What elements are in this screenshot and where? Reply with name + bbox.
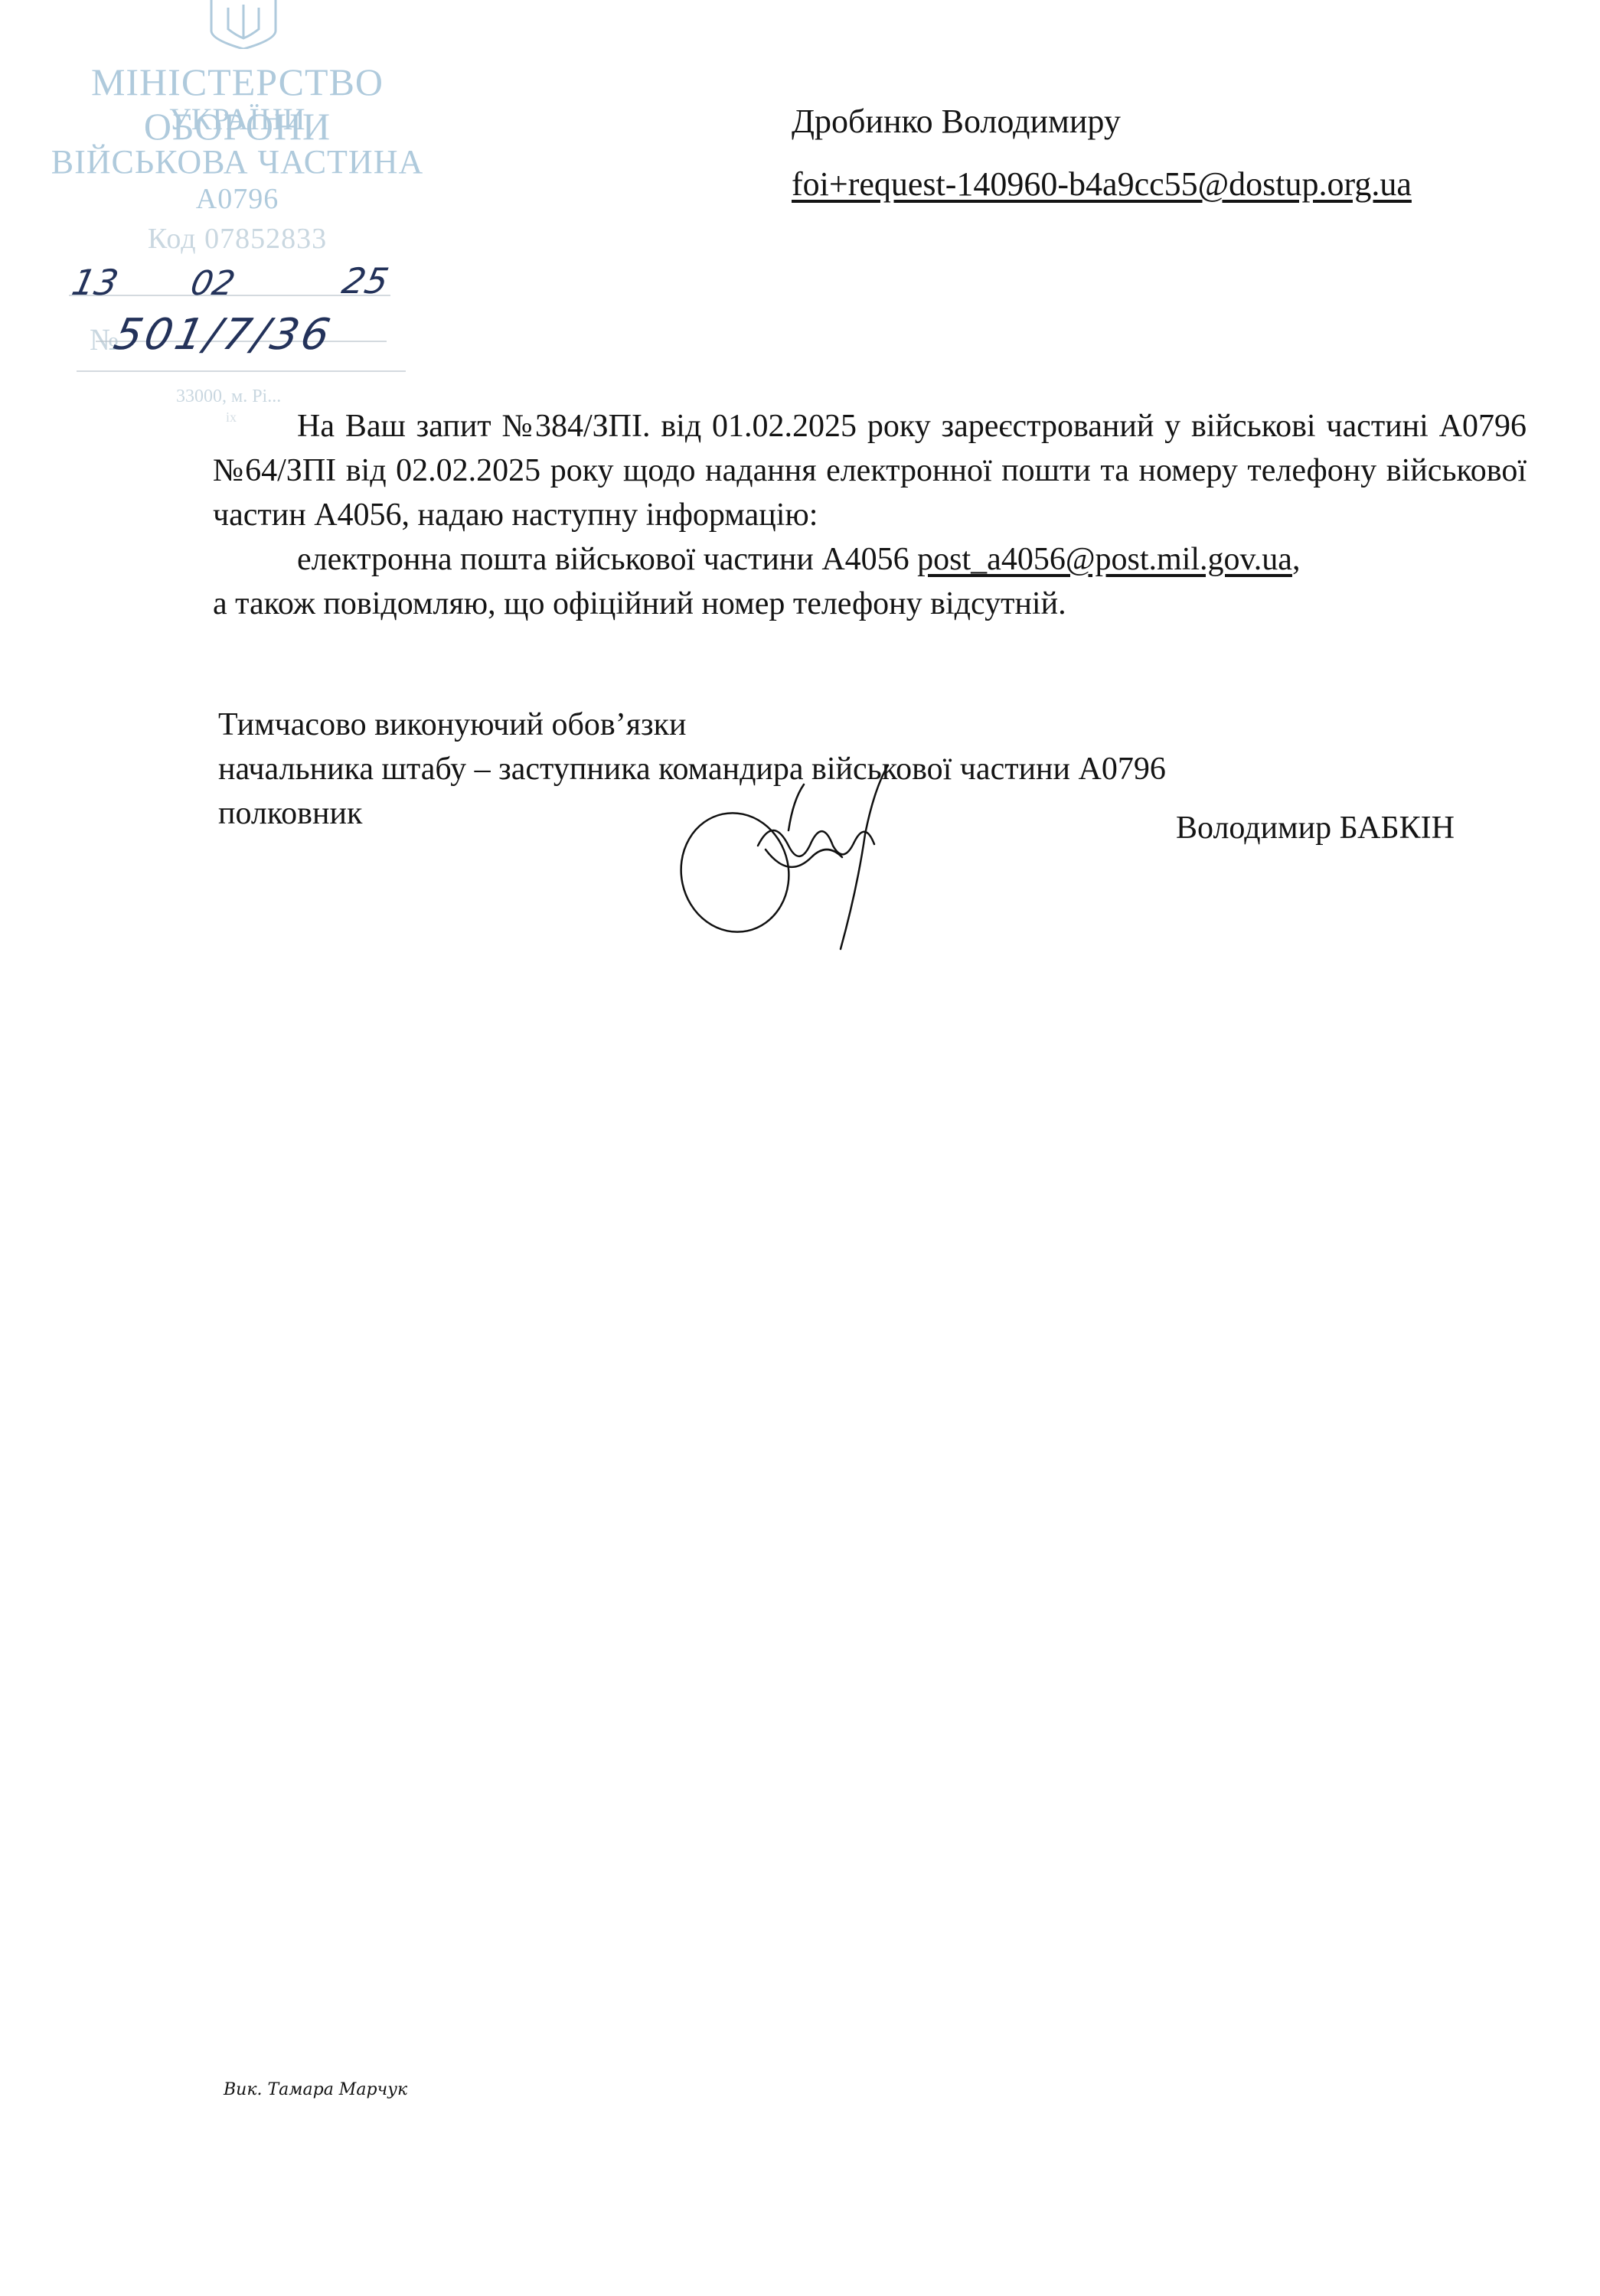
ukraine-trident-crest-icon: [205, 0, 282, 49]
handwritten-date-year: 25: [338, 260, 392, 302]
letterhead-line-unit-number: А0796: [23, 182, 452, 216]
email-suffix: ,: [1292, 542, 1301, 577]
handwritten-signature-icon: [674, 758, 949, 957]
handwritten-registration-number: 501/7/36: [109, 310, 337, 360]
signatory-title-line1: Тимчасово виконуючий обов’язки: [218, 703, 1166, 747]
body-paragraph-phone: а також повідомляю, що офіційний номер т…: [213, 582, 1527, 626]
email-intro-text: електронна пошта військової частини А405…: [297, 542, 917, 577]
signatory-name: Володимир БАБКІН: [1176, 810, 1455, 846]
addressee-name: Дробинко Володимиру: [792, 90, 1412, 153]
letter-body: На Ваш запит №384/ЗПІ. від 01.02.2025 ро…: [213, 404, 1527, 626]
unit-email-link[interactable]: post_a4056@post.mil.gov.ua: [917, 542, 1292, 577]
letterhead-stamp: МІНІСТЕРСТВО ОБОРОНИ УКРАЇНИ ВІЙСЬКОВА Ч…: [23, 0, 452, 429]
handwritten-date-month: 02: [188, 264, 239, 303]
letterhead-line-code: Код 07852833: [23, 222, 452, 256]
handwritten-date-day: 13: [68, 262, 122, 303]
executor-note: Вик. Тамара Марчук: [224, 2080, 407, 2099]
body-paragraph-email: електронна пошта військової частини А405…: [213, 537, 1527, 582]
address-rule: [77, 370, 406, 372]
letterhead-line-unit: ВІЙСЬКОВА ЧАСТИНА: [23, 142, 452, 181]
addressee-block: Дробинко Володимиру foi+request-140960-b…: [792, 90, 1412, 216]
letterhead-line-country: УКРАЇНИ: [23, 101, 452, 137]
body-paragraph-request: На Ваш запит №384/ЗПІ. від 01.02.2025 ро…: [213, 404, 1527, 537]
addressee-email-link[interactable]: foi+request-140960-b4a9cc55@dostup.org.u…: [792, 165, 1412, 203]
